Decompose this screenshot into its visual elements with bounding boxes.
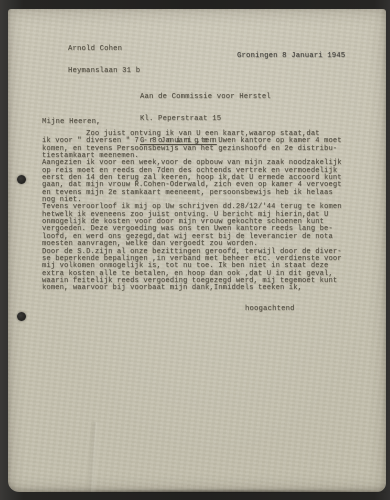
punch-hole [17,175,26,184]
sender-block: Arnold Cohen Heymanslaan 31 b [68,31,140,90]
paper-crease [86,422,101,493]
recipient-line-2: Kl. Peperstraat 15 [140,116,271,123]
salutation: Mijne Heeren, [42,119,101,126]
closing: hoogachtend [245,306,295,313]
paper-edge-shadow [8,489,386,493]
letter-body: Zoo juist ontving ik van U een kaart,waa… [42,131,342,293]
sender-address: Heymanslaan 31 b [68,68,140,75]
dateline: Groningen 8 Januari 1945 [237,53,345,60]
scanned-letter: Arnold Cohen Heymanslaan 31 b Groningen … [0,0,390,500]
sender-name: Arnold Cohen [68,46,140,53]
punch-hole [17,312,26,321]
recipient-line-1: Aan de Commissie voor Herstel [140,94,271,101]
letter-page: Arnold Cohen Heymanslaan 31 b Groningen … [8,9,386,492]
